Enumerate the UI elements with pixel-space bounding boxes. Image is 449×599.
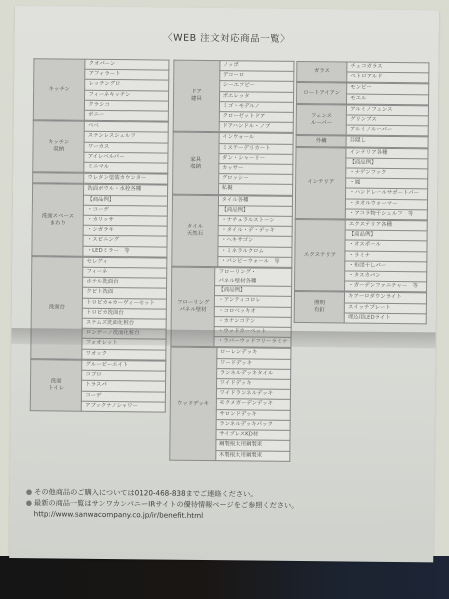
category-label: キッチン (33, 59, 85, 121)
document-page: 〈WEB 注文対応商品一覧〉 キッチンクオバーンアフィラートレッチングロフィーネ… (9, 6, 439, 562)
product-item: タイル各種 (218, 195, 293, 206)
column-3: ガラスチェコガラスペトロアルドロートアイアンモンピーモエルフェンスルーバーアルミ… (294, 61, 430, 324)
desk-surface (0, 556, 449, 599)
product-item: シーエフピー (219, 81, 294, 92)
product-item: ・布団干しバー (345, 261, 427, 272)
product-item: アプックナノシャワー (82, 401, 166, 412)
table-row: キッチン収納ベベ (33, 121, 168, 133)
product-item: ワオック (82, 349, 166, 360)
category-label: 外構 (296, 136, 346, 147)
table-row: 家具収納インウォール (173, 133, 293, 144)
product-item: ・タオルウォーマー (346, 199, 428, 210)
category-label: フェンスルーバー (296, 104, 346, 135)
product-item: アルミノルーバー (346, 125, 428, 136)
category-group: ドア建具ノッポデコーロシーエフピーポエレッタミゴ・モデルノクローゼットドアドアハ… (173, 60, 295, 134)
product-item: チェコガラス (347, 62, 429, 73)
product-item: ウレタン塗装カウンター (84, 173, 168, 184)
product-item: コプロ (82, 370, 166, 381)
page-title: 〈WEB 注文対応商品一覧〉 (15, 28, 439, 46)
product-item: クビト洗面 (83, 288, 167, 299)
product-item: アフィラート (85, 69, 169, 80)
product-item: ・タイル・デ・デッキ (218, 226, 293, 237)
category-group: ウッドデッキローレンデッキワードデッキランネルデッキタイルワイドデッキワイドラン… (169, 347, 291, 461)
category-label: ガラス (297, 61, 347, 82)
category-label: キッチン収納 (33, 121, 85, 173)
table-row: ガラスチェコガラス (297, 61, 429, 73)
product-item: モンピー (347, 83, 429, 94)
category-group: ガラスチェコガラスペトロアルド (296, 61, 429, 84)
product-item: ポエレッタ (219, 91, 294, 102)
category-label: 洗面台 (31, 257, 83, 360)
bullet-icon: ● (26, 487, 32, 496)
product-item: トロピカ+カーヴィーセット (83, 298, 167, 309)
product-item: ボニー (85, 110, 169, 121)
footer-notes: ●その他商品のご購入については0120-468-838までご連絡ください。 ●最… (26, 486, 299, 522)
product-item: グルーピーエイト (82, 360, 166, 371)
product-item: ・LEDミラー 等 (83, 246, 167, 257)
product-item: ・タスカバン (345, 271, 427, 282)
category-label: エクステリア (295, 219, 346, 291)
table-row: エクステリアエクステリア各種 (295, 219, 427, 231)
category-group: 洗面台セレグィフィーネホテル洗面台クビト洗面トロピカ+カーヴィーセットトロピカ洗… (30, 256, 167, 360)
table-row: ウッドデッキローレンデッキ (171, 348, 291, 359)
product-item: 鋼製根太用鋼製束 (215, 440, 290, 451)
product-item: ダン・シャーリー (218, 153, 293, 164)
product-item: 洗面ボウル・水栓各種 (84, 185, 168, 196)
category-group: 照明有釘キアーロダウンライトスイッチプレート埋込用LEDライト (294, 291, 427, 324)
category-group: キッチンクオバーンアフィラートレッチングロフィーネキッチンクラシコボニー (33, 58, 170, 122)
product-item: フォオレット (82, 339, 166, 350)
product-item: クオバーン (85, 59, 169, 70)
product-item: 埋込用LEDライト (344, 313, 426, 324)
product-item: ・コロベッキオ (215, 306, 292, 317)
product-item: ・ラバーウッドフリーラミナ (214, 337, 291, 348)
product-item: レッチングロ (85, 80, 169, 91)
category-group: 洗面スペースまわり洗面ボウル・水栓各種【商品例】・コーデ・カリッサ・シガラキ・ス… (31, 184, 168, 258)
product-item: ・ナチュラルストーン (218, 216, 293, 227)
category-group: フローリングパネル壁材フローリング・パネル壁材各種【商品例】・アンティコロレ・コ… (170, 267, 292, 349)
category-label: 家具収納 (173, 133, 219, 195)
product-item: スイッチプレート (344, 303, 426, 314)
product-item: ミニマル (84, 162, 168, 173)
product-item: キアーロダウンライト (345, 292, 427, 303)
category-group: 洗面トイレグルーピーエイトコプロトラスパコーデアプックナノシャワー (30, 359, 167, 412)
product-item: ・カリッサ (84, 215, 168, 226)
product-item: ミステーデリカート (219, 143, 294, 154)
category-label: 照明有釘 (294, 292, 344, 323)
product-item: ・シガラキ (83, 225, 167, 236)
product-item: ランネルデッキタイル (216, 369, 291, 380)
category-group: キッチン収納ベベステンレスシェルフワーカスアイレベルバーミニマル (32, 120, 169, 173)
product-item: アルミノフェンス (347, 105, 429, 116)
product-item: ・アンティコロレ (215, 296, 292, 307)
product-item: セレグィ (83, 257, 167, 268)
product-item: グリンプス (346, 115, 428, 126)
product-item: ワイドランネルデッキ (216, 389, 291, 400)
product-item: ホテル洗面台 (83, 277, 167, 288)
product-item: ステンレスシェルフ (84, 132, 168, 143)
category-label: フローリングパネル壁材 (171, 267, 215, 347)
product-item: ・バンビーウォール 等 (217, 256, 292, 267)
product-item: クラシコ (85, 100, 169, 111)
product-item: ・ガーデンファニチャー 等 (345, 281, 427, 292)
table-row: 照明有釘キアーロダウンライト (294, 292, 426, 304)
product-item: モクメガーデンデッキ (216, 399, 291, 410)
product-item: ・ミネラルクロム (217, 246, 292, 257)
product-item: ・ハンドレールサポートバー (346, 188, 428, 199)
table-row: ロートアイアンモンピー (297, 83, 429, 95)
product-item: ・ヘキサゴン (218, 236, 293, 247)
product-item: ・スピニング (83, 236, 167, 247)
category-label: ドア建具 (173, 60, 219, 132)
product-item: 【商品例】 (215, 286, 292, 297)
product-item: ベベ (84, 121, 168, 132)
product-item: エクステリア各種 (345, 220, 427, 231)
table-row: 外構目隠し (296, 136, 428, 148)
product-item: ステムズ洗面化粧台 (82, 318, 166, 329)
product-item: ・ウッドカーペット (214, 327, 291, 338)
product-item: フィーネ (83, 267, 167, 278)
category-group: 家具収納インウォールミステーデリカートダン・シャーリーカッサーグロッシー私擬 (172, 132, 294, 195)
table-row: ドア建具ノッポ (174, 60, 294, 71)
product-item: サイプレスKD材 (216, 430, 291, 441)
column-1: キッチンクオバーンアフィラートレッチングロフィーネキッチンクラシコボニーキッチン… (30, 58, 170, 412)
table-row: 洗面台セレグィ (32, 257, 167, 269)
product-item: フローリング・パネル壁材各種 (215, 268, 292, 287)
product-item: ワイドデッキ (216, 379, 291, 390)
column-2: ドア建具ノッポデコーロシーエフピーポエレッタミゴ・モデルノクローゼットドアドアハ… (169, 60, 294, 462)
product-item: デコーロ (219, 71, 294, 82)
product-item: ランネルデッキパック (216, 420, 291, 431)
product-item: モエル (347, 94, 429, 105)
bullet-icon: ● (26, 498, 32, 507)
table-row: キッチンクオバーン (34, 59, 169, 71)
product-item: クローゼットドア (219, 112, 294, 123)
category-group: タイル天然石タイル各種【商品例】・ナチュラルストーン・タイル・デ・デッキ・ヘキサ… (171, 194, 293, 268)
product-item: ・ナゲンフック (346, 168, 428, 179)
product-item: ・鳳 (346, 178, 428, 189)
product-item: ペトロアルド (347, 72, 429, 83)
product-item: ・アコラ物干シェルフ 等 (345, 209, 427, 220)
category-label: 洗面トイレ (30, 360, 82, 412)
category-label: ウッドデッキ (170, 348, 217, 461)
product-item: 【商品例】 (345, 230, 427, 241)
product-item: ・カナンコテン (215, 316, 292, 327)
category-label: インテリア (295, 147, 346, 219)
product-item: カッサー (218, 164, 293, 175)
product-item: インウォール (219, 133, 294, 144)
table-row: フローリングパネル壁材フローリング・パネル壁材各種 (172, 267, 292, 286)
product-item: 【商品例】 (346, 158, 428, 169)
table-row: インテリアインテリア各種 (296, 147, 428, 159)
product-item: トロピカ洗面台 (83, 308, 167, 319)
product-item: 木製根太用鋼製束 (215, 450, 290, 461)
product-item: コーデ (82, 391, 166, 402)
category-group: フェンスルーバーアルミノフェンスグリンプスアルミノルーバー (296, 104, 429, 137)
product-item: ミゴ・モデルノ (219, 101, 294, 112)
product-item: フィーネキッチン (85, 90, 169, 101)
product-item: ワーカス (84, 142, 168, 153)
product-item: ドアハンドル・ノブ (219, 122, 294, 133)
product-item: ・コーデ (84, 205, 168, 216)
product-item: サロンドデッキ (216, 409, 291, 420)
category-group: ロートアイアンモンピーモエル (296, 82, 429, 105)
table-row: 洗面トイレグルーピーエイト (31, 360, 166, 372)
category-label: 洗面スペースまわり (32, 184, 84, 256)
category-label: タイル天然石 (172, 195, 218, 267)
product-item: 【商品例】 (218, 205, 293, 216)
product-item: アイレベルバー (84, 152, 168, 163)
table-row: 洗面スペースまわり洗面ボウル・水栓各種 (33, 184, 168, 196)
product-item: 目隠し (346, 136, 428, 147)
table-row: フェンスルーバーアルミノフェンス (296, 104, 428, 116)
product-item: 私擬 (218, 184, 293, 195)
product-item: ・オスポール (345, 240, 427, 251)
table-row: ウレタン塗装カウンター (33, 173, 168, 185)
product-item: 【商品例】 (84, 195, 168, 206)
product-item: トラスパ (82, 381, 166, 392)
product-item: グロッシー (218, 174, 293, 185)
category-group: インテリアインテリア各種【商品例】・ナゲンフック・鳳・ハンドレールサポートバー・… (295, 147, 429, 221)
product-item: ローレンデッキ (216, 348, 291, 359)
category-label: ロートアイアン (296, 83, 346, 104)
product-item: ・ラミナ (345, 251, 427, 262)
category-label (33, 173, 84, 184)
category-group: エクステリアエクステリア各種【商品例】・オスポール・ラミナ・布団干しバー・タスカ… (294, 219, 428, 293)
table-row: タイル天然石タイル各種 (172, 195, 292, 206)
product-item: ノッポ (219, 61, 294, 72)
product-item: ロンデーノ洗面化粧台 (82, 329, 166, 340)
product-item: インテリア各種 (346, 148, 428, 159)
product-item: ワードデッキ (216, 358, 291, 369)
